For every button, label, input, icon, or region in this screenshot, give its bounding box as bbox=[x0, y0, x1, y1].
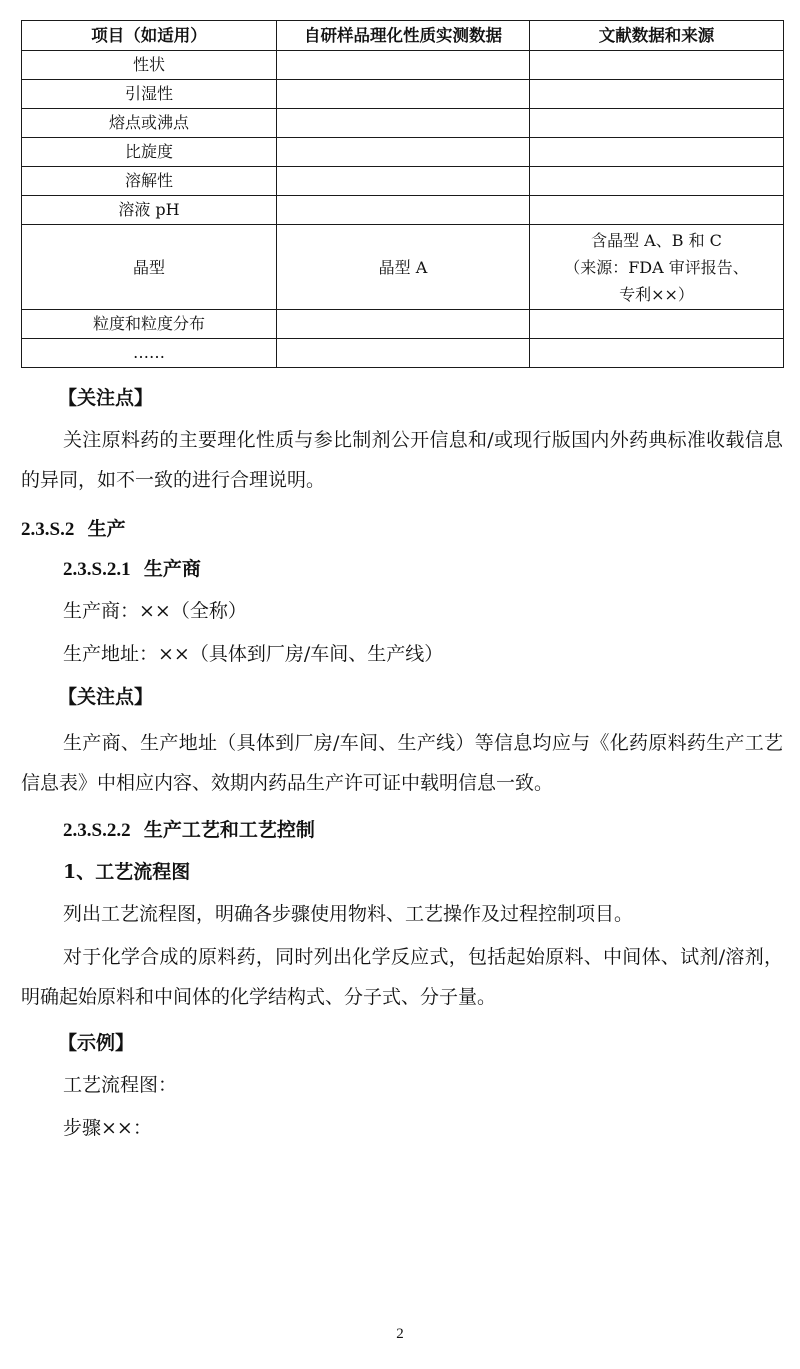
example-line: 工艺流程图： bbox=[63, 1073, 177, 1097]
cell-item: …… bbox=[22, 339, 277, 368]
cell-measured bbox=[277, 109, 530, 138]
section-heading: 2.3.S.2 生产 bbox=[21, 517, 126, 542]
focus-paragraph: 生产商、生产地址（具体到厂房/车间、生产线）等信息均应与《化药原料药生产工艺信息… bbox=[21, 723, 783, 803]
physicochemical-properties-table: 项目（如适用） 自研样品理化性质实测数据 文献数据和来源 性状 引湿性 熔点或沸… bbox=[21, 20, 784, 368]
cell-item: 溶解性 bbox=[22, 167, 277, 196]
cell-measured: 晶型 A bbox=[277, 225, 530, 310]
cell-item: 比旋度 bbox=[22, 138, 277, 167]
cell-literature bbox=[530, 51, 784, 80]
literature-line: 专利××） bbox=[534, 281, 779, 308]
paragraph: 列出工艺流程图，明确各步骤使用物料、工艺操作及过程控制项目。 bbox=[63, 902, 633, 926]
cell-literature bbox=[530, 196, 784, 225]
subsection-heading: 2.3.S.2.1 生产商 bbox=[63, 557, 201, 582]
cell-measured bbox=[277, 310, 530, 339]
cell-item: 熔点或沸点 bbox=[22, 109, 277, 138]
table-row: 溶液 pH bbox=[22, 196, 784, 225]
cell-measured bbox=[277, 51, 530, 80]
header-literature: 文献数据和来源 bbox=[530, 21, 784, 51]
cell-literature bbox=[530, 80, 784, 109]
section-number: 2.3.S.2 bbox=[21, 519, 74, 540]
address-line: 生产地址：××（具体到厂房/车间、生产线） bbox=[63, 642, 443, 666]
table-row: 溶解性 bbox=[22, 167, 784, 196]
subsection-number: 2.3.S.2.1 bbox=[63, 559, 131, 580]
table-row: 熔点或沸点 bbox=[22, 109, 784, 138]
cell-literature: 含晶型 A、B 和 C （来源：FDA 审评报告、 专利××） bbox=[530, 225, 784, 310]
cell-measured bbox=[277, 339, 530, 368]
section-title: 生产 bbox=[88, 518, 126, 540]
cell-literature bbox=[530, 167, 784, 196]
cell-literature bbox=[530, 310, 784, 339]
cell-literature bbox=[530, 138, 784, 167]
table-row: …… bbox=[22, 339, 784, 368]
header-measured: 自研样品理化性质实测数据 bbox=[277, 21, 530, 51]
table-header-row: 项目（如适用） 自研样品理化性质实测数据 文献数据和来源 bbox=[22, 21, 784, 51]
cell-item: 粒度和粒度分布 bbox=[22, 310, 277, 339]
cell-measured bbox=[277, 80, 530, 109]
subsection-title: 生产商 bbox=[144, 558, 201, 580]
document-page: 项目（如适用） 自研样品理化性质实测数据 文献数据和来源 性状 引湿性 熔点或沸… bbox=[0, 0, 800, 1369]
paragraph: 对于化学合成的原料药，同时列出化学反应式，包括起始原料、中间体、试剂/溶剂，明确… bbox=[21, 937, 783, 1017]
subsection-number: 2.3.S.2.2 bbox=[63, 820, 131, 841]
subsection-heading: 2.3.S.2.2 生产工艺和工艺控制 bbox=[63, 818, 315, 843]
item-heading: 1、工艺流程图 bbox=[63, 860, 190, 884]
literature-line: 含晶型 A、B 和 C bbox=[534, 227, 779, 254]
literature-line: （来源：FDA 审评报告、 bbox=[534, 254, 779, 281]
cell-literature bbox=[530, 109, 784, 138]
table-row: 性状 bbox=[22, 51, 784, 80]
table-row: 晶型 晶型 A 含晶型 A、B 和 C （来源：FDA 审评报告、 专利××） bbox=[22, 225, 784, 310]
header-item: 项目（如适用） bbox=[22, 21, 277, 51]
cell-item: 性状 bbox=[22, 51, 277, 80]
example-heading: 【示例】 bbox=[58, 1031, 134, 1055]
cell-item: 溶液 pH bbox=[22, 196, 277, 225]
manufacturer-line: 生产商：××（全称） bbox=[63, 599, 247, 623]
focus-heading: 【关注点】 bbox=[58, 685, 153, 709]
cell-literature bbox=[530, 339, 784, 368]
subsection-title: 生产工艺和工艺控制 bbox=[144, 819, 315, 841]
cell-item: 晶型 bbox=[22, 225, 277, 310]
cell-measured bbox=[277, 138, 530, 167]
cell-measured bbox=[277, 167, 530, 196]
cell-item: 引湿性 bbox=[22, 80, 277, 109]
cell-measured bbox=[277, 196, 530, 225]
table-row: 比旋度 bbox=[22, 138, 784, 167]
example-line: 步骤××： bbox=[63, 1116, 152, 1140]
table-row: 粒度和粒度分布 bbox=[22, 310, 784, 339]
table-row: 引湿性 bbox=[22, 80, 784, 109]
page-number: 2 bbox=[0, 1326, 800, 1343]
focus-paragraph: 关注原料药的主要理化性质与参比制剂公开信息和/或现行版国内外药典标准收载信息的异… bbox=[21, 420, 783, 500]
focus-heading: 【关注点】 bbox=[58, 386, 153, 410]
